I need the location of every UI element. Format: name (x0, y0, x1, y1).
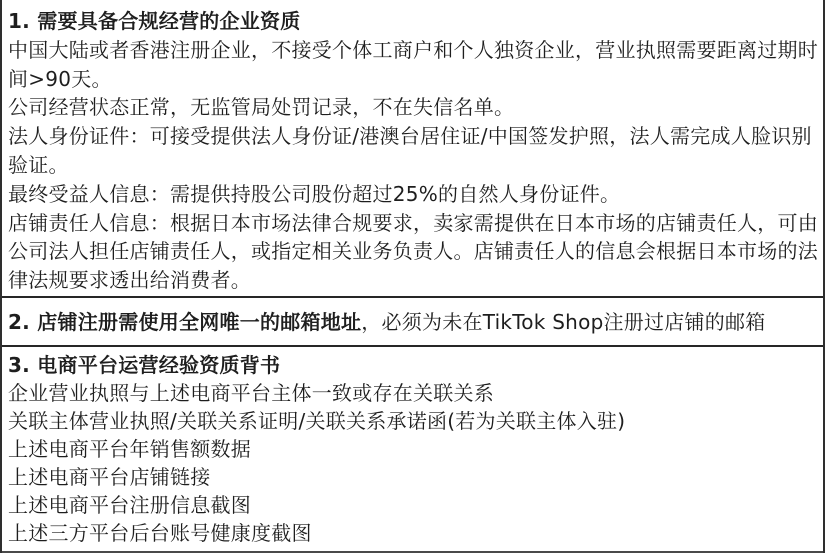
section-1-paragraph-beneficiary: 最终受益人信息：需提供持股公司股份超过25%的自然人身份证件。 (8, 180, 820, 209)
section-1-paragraph-registration: 中国大陆或者香港注册企业，不接受个体工商户和个人独资企业，营业执照需要距离过期时… (8, 36, 820, 94)
section-3-heading: 3. 电商平台运营经验资质背书 (8, 351, 820, 379)
section-3-item-registration-screenshot: 上述电商平台注册信息截图 (8, 491, 820, 519)
section-email-requirement: 2. 店铺注册需使用全网唯一的邮箱地址，必须为未在TikTok Shop注册过店… (2, 298, 823, 347)
section-3-item-affiliate-proof: 关联主体营业执照/关联关系证明/关联关系承诺函(若为关联主体入驻) (8, 407, 820, 435)
section-ecommerce-experience: 3. 电商平台运营经验资质背书 企业营业执照与上述电商平台主体一致或存在关联关系… (2, 347, 823, 553)
section-3-item-license-match: 企业营业执照与上述电商平台主体一致或存在关联关系 (8, 379, 820, 407)
section-1-paragraph-legal-id: 法人身份证件：可接受提供法人身份证/港澳台居住证/中国签发护照，法人需完成人脸识… (8, 122, 820, 180)
document: 1. 需要具备合规经营的企业资质 中国大陆或者香港注册企业，不接受个体工商户和个… (0, 0, 825, 553)
section-business-qualification: 1. 需要具备合规经营的企业资质 中国大陆或者香港注册企业，不接受个体工商户和个… (2, 0, 823, 298)
section-3-item-annual-sales: 上述电商平台年销售额数据 (8, 435, 820, 463)
section-1-heading: 1. 需要具备合规经营的企业资质 (8, 7, 820, 36)
section-2-text: ，必须为未在TikTok Shop注册过店铺的邮箱 (361, 310, 765, 334)
section-2-heading: 2. 店铺注册需使用全网唯一的邮箱地址 (8, 310, 361, 334)
section-2-line: 2. 店铺注册需使用全网唯一的邮箱地址，必须为未在TikTok Shop注册过店… (8, 308, 766, 336)
section-3-item-shop-link: 上述电商平台店铺链接 (8, 463, 820, 491)
section-3-item-account-health-screenshot: 上述三方平台后台账号健康度截图 (8, 519, 820, 547)
section-1-paragraph-shop-responsible: 店铺责任人信息：根据日本市场法律合规要求，卖家需提供在日本市场的店铺责任人，可由… (8, 209, 820, 295)
section-1-paragraph-status: 公司经营状态正常，无监管局处罚记录，不在失信名单。 (8, 93, 820, 122)
